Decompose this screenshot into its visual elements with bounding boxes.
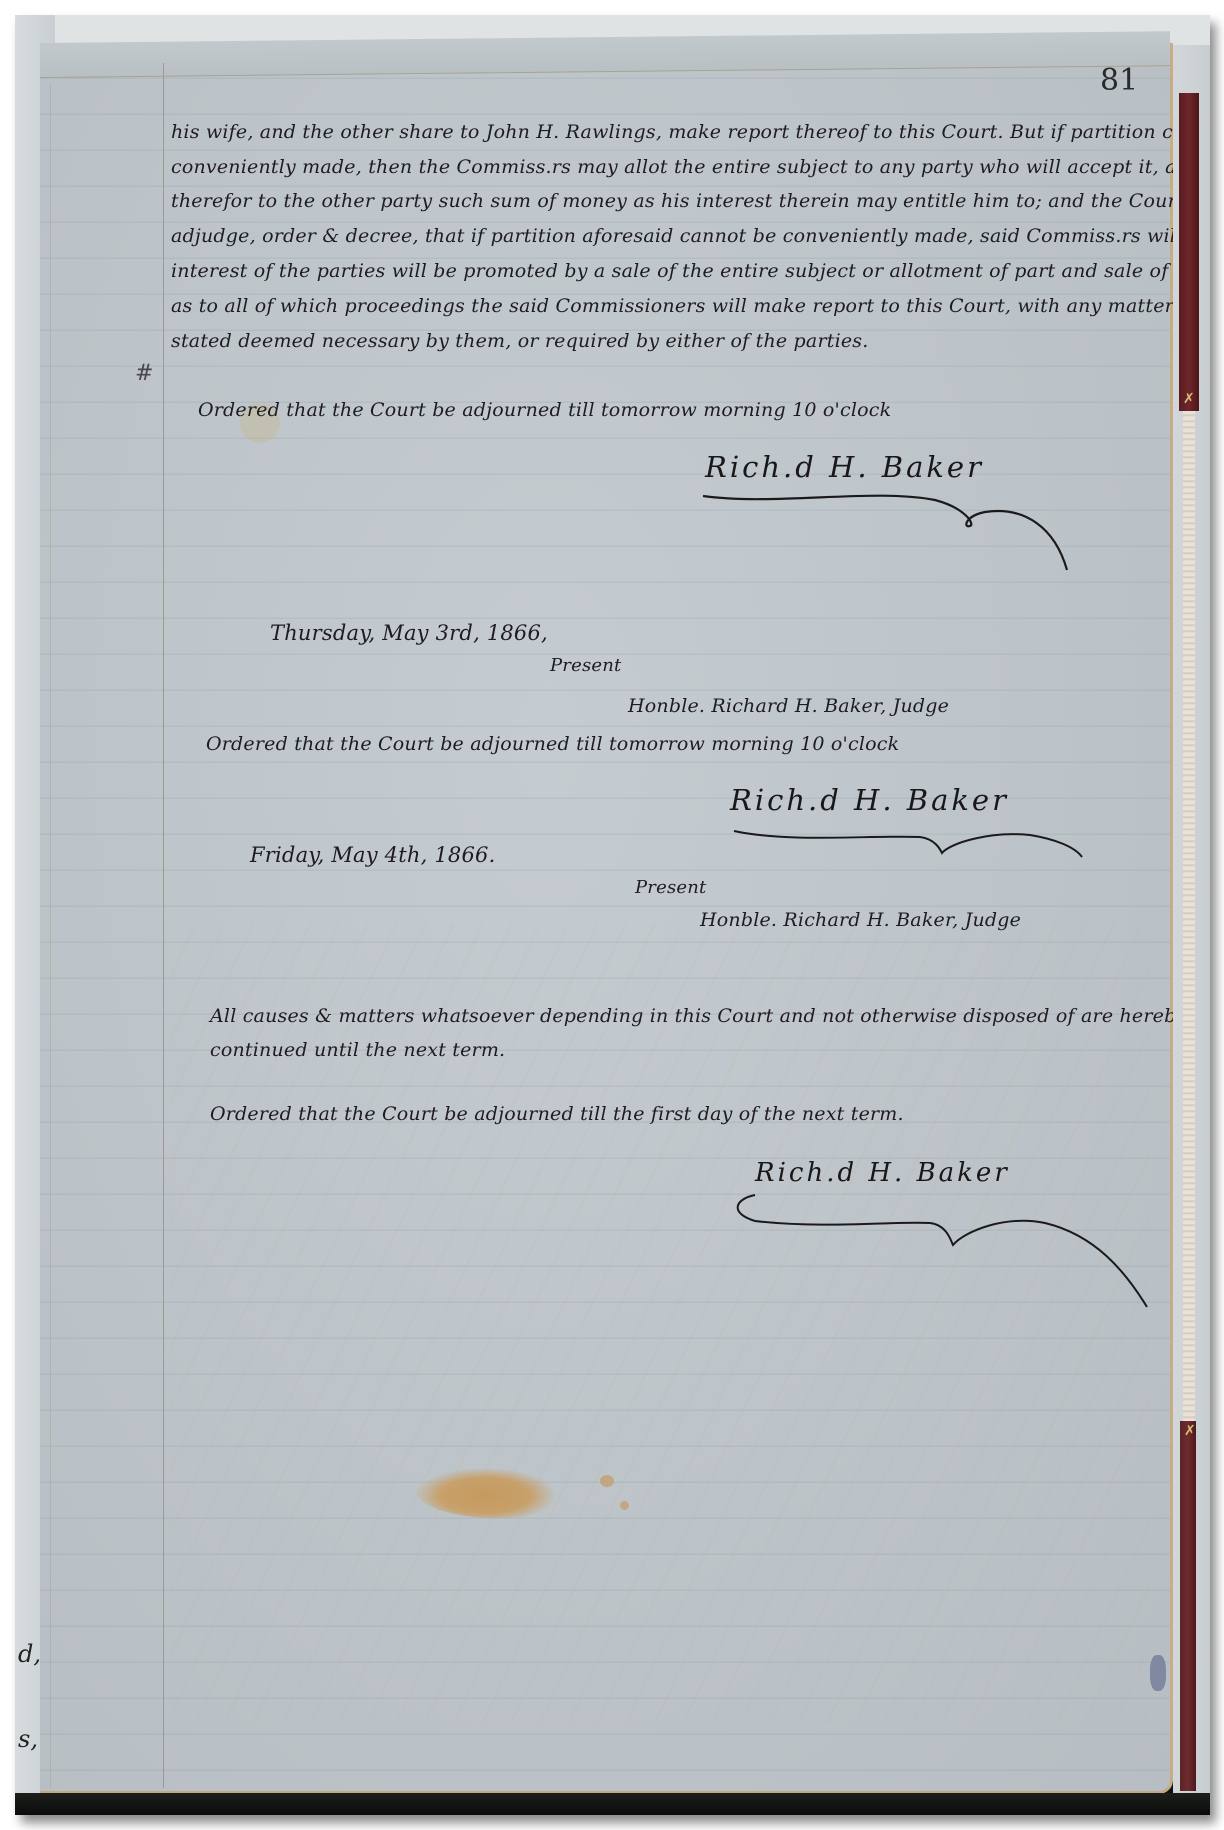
page-number: 81 <box>1100 63 1138 98</box>
gold-tooling: ✗ <box>1184 1423 1196 1439</box>
ledger-page: 81 his wife, and the other share to John… <box>40 43 1173 1794</box>
margin-hash-mark: # <box>135 361 153 386</box>
signature-flourish <box>715 1191 1155 1311</box>
margin-rule <box>163 63 164 1788</box>
judge-signature: Rich.d H. Baker <box>705 450 984 484</box>
ink-smear <box>1150 1655 1166 1691</box>
signature-flourish <box>730 821 1090 861</box>
session-date: Thursday, May 3rd, 1866, <box>270 621 548 645</box>
session-date: Friday, May 4th, 1866. <box>250 843 495 867</box>
text-line: as to all of which proceedings the said … <box>171 295 1210 317</box>
book-page-photo: d, s, 81 his wife, and the other share t… <box>15 15 1210 1815</box>
continuance-line: All causes & matters whatsoever dependin… <box>210 1005 1187 1027</box>
page-fold-line <box>50 83 51 1788</box>
presiding-judge: Honble. Richard H. Baker, Judge <box>700 909 1021 931</box>
judge-signature: Rich.d H. Baker <box>755 1158 1010 1188</box>
left-leaf-mark: s, <box>18 1725 38 1753</box>
text-line: conveniently made, then the Commiss.rs m… <box>171 156 1210 178</box>
text-line: interest of the parties will be promoted… <box>171 260 1210 282</box>
continuance-line: continued until the next term. <box>210 1039 505 1061</box>
adjournment-order: Ordered that the Court be adjourned till… <box>206 733 899 755</box>
present-label: Present <box>550 655 621 676</box>
text-line: stated deemed necessary by them, or requ… <box>171 330 868 352</box>
text-line: therefor to the other party such sum of … <box>171 190 1210 212</box>
text-line: adjudge, order & decree, that if partiti… <box>171 225 1210 247</box>
left-leaf-mark: d, <box>18 1640 41 1668</box>
binding-strap <box>1179 93 1199 411</box>
binding-cord <box>1183 411 1195 1421</box>
signature-flourish <box>695 488 1075 578</box>
text-line: his wife, and the other share to John H.… <box>171 121 1210 143</box>
binding-strap <box>1180 1421 1196 1791</box>
gold-tooling: ✗ <box>1183 391 1195 407</box>
presiding-judge: Honble. Richard H. Baker, Judge <box>628 695 949 717</box>
adjournment-order: Ordered that the Court be adjourned till… <box>198 399 891 421</box>
judge-signature: Rich.d H. Baker <box>730 783 1009 817</box>
stain-spot <box>600 1475 614 1487</box>
adjournment-order: Ordered that the Court be adjourned till… <box>210 1103 904 1125</box>
bottom-shadow <box>15 1793 1210 1815</box>
present-label: Present <box>635 877 706 898</box>
stain-spot <box>620 1501 629 1510</box>
